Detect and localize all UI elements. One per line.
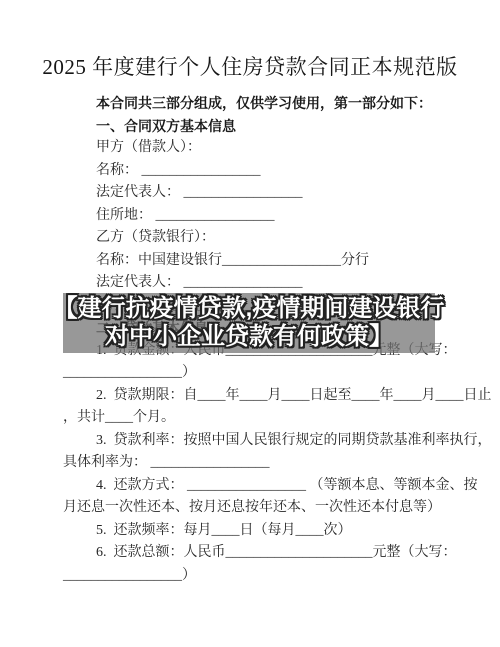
party-a-label: 甲方（借款人）：: [63, 137, 438, 160]
repayment-frequency-item: 5. 还款频率：每月____日（每月____次）: [63, 520, 438, 543]
party-b-label: 乙方（贷款银行）：: [63, 227, 438, 250]
watermark-text-line2: 对中小企业贷款有何政策】: [105, 323, 393, 351]
party-a-name-blank: 名称： _________________: [63, 160, 438, 183]
intro-paragraph: 本合同共三部分组成，仅供学习使用，第一部分如下：: [63, 92, 438, 115]
document-title: 2025 年度建行个人住房贷款合同正本规范版: [0, 0, 500, 84]
repayment-method-continuation: 月还息一次性还本、按月还息按年还本、一次性还本付息等）: [63, 497, 438, 520]
contract-document-page: 2025 年度建行个人住房贷款合同正本规范版 本合同共三部分组成，仅供学习使用，…: [0, 0, 500, 647]
repayment-total-item: 6. 还款总额：人民币_____________________元整（大写：: [63, 542, 438, 565]
loan-rate-continuation: 具体利率为： _________________: [63, 452, 438, 475]
loan-term-continuation: ，共计____个月。: [63, 407, 438, 430]
section-heading-1: 一、合同双方基本信息: [63, 115, 438, 138]
party-b-name-blank: 名称：中国建设银行_________________分行: [63, 250, 438, 273]
loan-term-item: 2. 贷款期限：自____年____月____日起至____年____月____…: [63, 385, 438, 408]
loan-rate-item: 3. 贷款利率：按照中国人民银行规定的同期贷款基准利率执行，: [63, 430, 438, 453]
repayment-total-continuation: _________________）: [63, 565, 438, 588]
party-a-address-blank: 住所地： _________________: [63, 205, 438, 228]
party-a-representative-blank: 法定代表人： _________________: [63, 182, 438, 205]
watermark-overlay: 【建行抗疫情贷款,疫情期间建设银行 对中小企业贷款有何政策】: [63, 293, 435, 353]
loan-amount-continuation: _________________）: [63, 362, 438, 385]
party-b-representative-blank: 法定代表人： _________________: [63, 272, 438, 295]
watermark-text-line1: 【建行抗疫情贷款,疫情期间建设银行: [54, 295, 445, 323]
repayment-method-item: 4. 还款方式： _________________ （等额本息、等额本金、按: [63, 475, 438, 498]
